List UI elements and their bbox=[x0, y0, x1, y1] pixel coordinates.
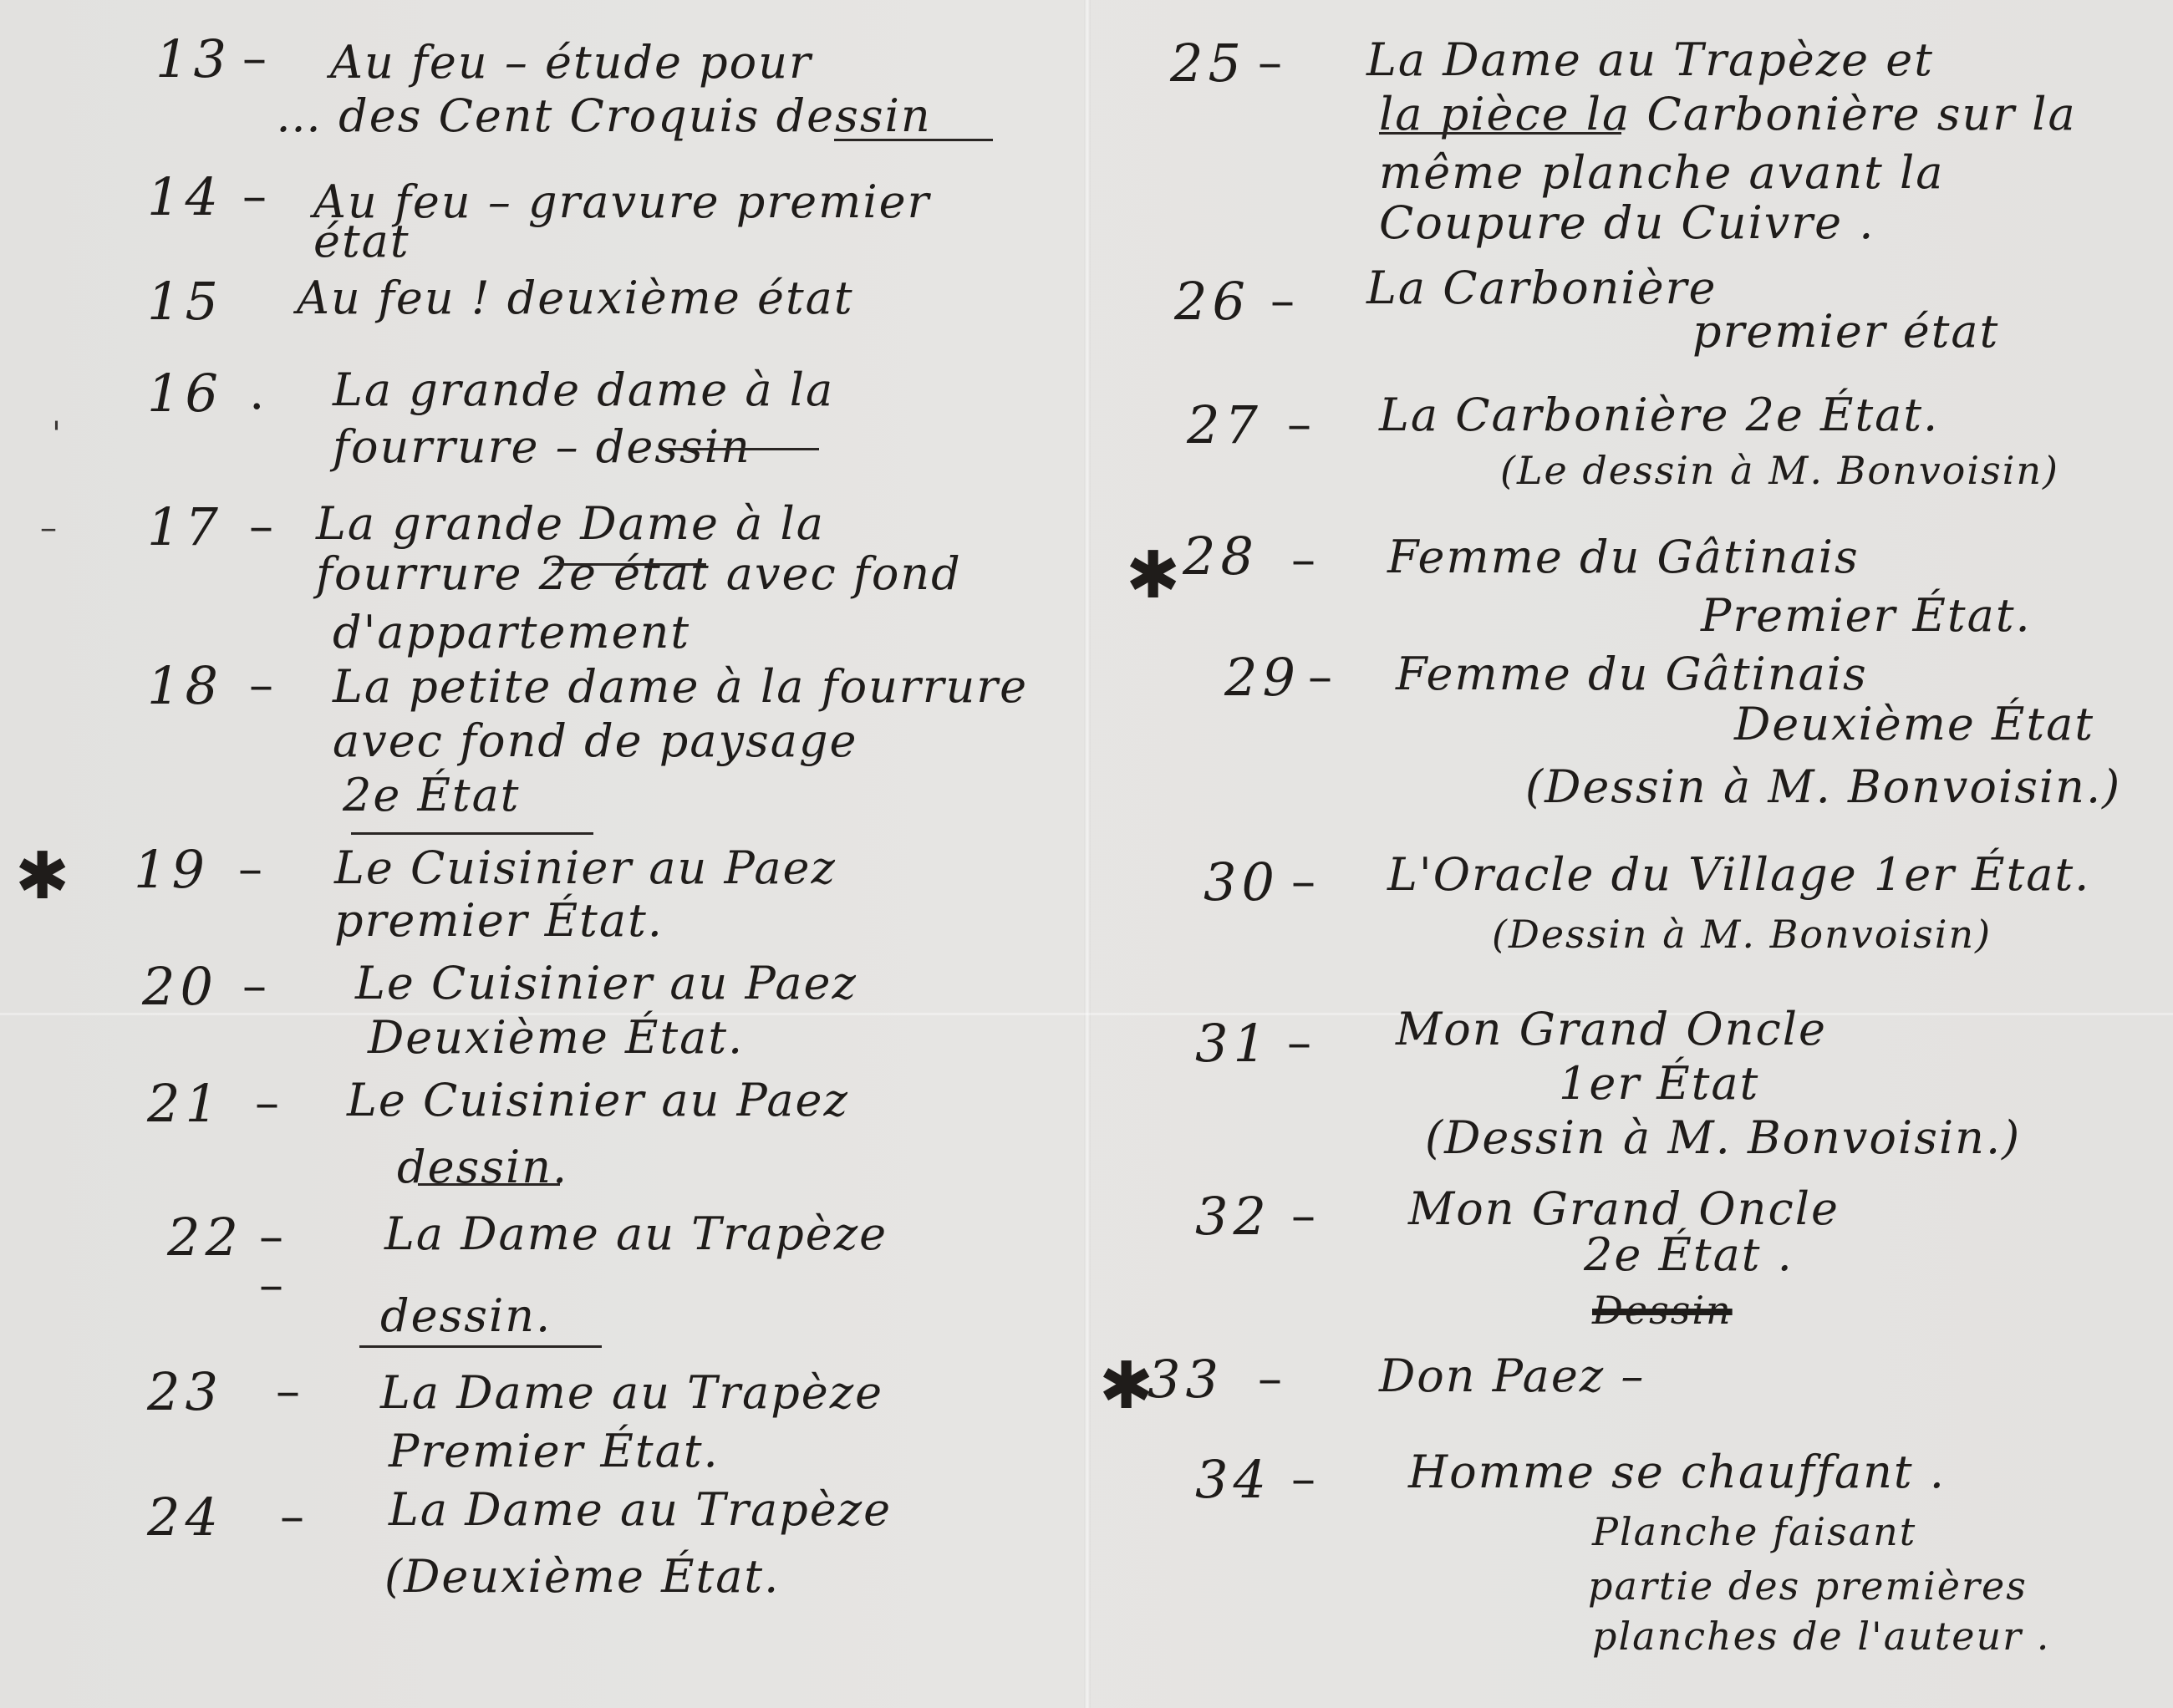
underline bbox=[834, 134, 993, 141]
entry-line: état bbox=[313, 219, 410, 264]
entry-line: La Dame au Trapèze bbox=[380, 1370, 883, 1416]
entry-number: 18 bbox=[147, 660, 223, 712]
entry-number: 24 bbox=[147, 1492, 223, 1543]
entry-dash: – bbox=[242, 961, 267, 1009]
entry-dash: – bbox=[242, 171, 267, 220]
entry-line: La Dame au Trapèze bbox=[384, 1212, 888, 1257]
entry-line: premier état bbox=[1692, 309, 1999, 354]
entry-line: planches de l'auteur . bbox=[1592, 1617, 2050, 1655]
entry-number: 30 bbox=[1204, 857, 1280, 908]
entry-line: Le Cuisinier au Paez bbox=[355, 961, 857, 1006]
entry-dash: – bbox=[242, 33, 267, 82]
entry-number: 22 bbox=[167, 1212, 243, 1263]
center-fold bbox=[1084, 0, 1091, 1708]
entry-line: Le Cuisinier au Paez bbox=[334, 846, 837, 891]
entry-dash: – bbox=[238, 844, 262, 892]
underline bbox=[359, 1340, 602, 1348]
entry-number: 21 bbox=[147, 1078, 223, 1130]
entry-dash: – bbox=[1270, 276, 1295, 324]
entry-line: Au feu – étude pour bbox=[330, 40, 812, 85]
underline bbox=[669, 443, 819, 450]
entry-line: partie des premières bbox=[1588, 1567, 2028, 1605]
entry-number: 13 bbox=[155, 33, 232, 85]
entry-line: même planche avant la bbox=[1379, 150, 1944, 196]
entry-number: 31 bbox=[1195, 1018, 1271, 1070]
entry-dash: – bbox=[1291, 1454, 1316, 1502]
entry-dash: – bbox=[1258, 1354, 1282, 1402]
entry-number: 16 bbox=[147, 368, 223, 419]
underline bbox=[552, 558, 706, 566]
entry-number: 28 bbox=[1183, 531, 1259, 582]
entry-line: Planche faisant bbox=[1592, 1512, 1916, 1551]
entry-line: dessin. bbox=[380, 1294, 552, 1339]
entry-line: Au feu ! deuxième état bbox=[297, 276, 854, 321]
entry-line: (Deuxième État. bbox=[384, 1554, 780, 1599]
entry-line: Deuxième État. bbox=[368, 1015, 744, 1060]
entry-dash: – bbox=[280, 1492, 304, 1540]
horizontal-fold bbox=[0, 1013, 2173, 1015]
entry-line: Deuxième État bbox=[1734, 702, 2094, 747]
asterisk-icon: ✱ bbox=[1099, 1354, 1153, 1419]
manuscript-page: 13 – Au feu – étude pour … des Cent Croq… bbox=[0, 0, 2173, 1708]
entry-line: 2e État bbox=[343, 773, 521, 818]
entry-number: 26 bbox=[1174, 276, 1250, 328]
entry-dash: – bbox=[276, 1366, 300, 1415]
asterisk-icon: ✱ bbox=[15, 844, 69, 909]
entry-line: … des Cent Croquis dessin bbox=[276, 94, 932, 139]
entry-dash: – bbox=[1258, 38, 1282, 86]
entry-number: 17 bbox=[147, 501, 223, 553]
entry-line: La Carbonière bbox=[1366, 266, 1717, 311]
entry-number: 34 bbox=[1195, 1454, 1271, 1506]
entry-dash: – bbox=[1291, 1191, 1316, 1239]
entry-number: 32 bbox=[1195, 1191, 1271, 1243]
entry-dash: – bbox=[1287, 1018, 1311, 1066]
entry-line: Le Cuisinier au Paez bbox=[347, 1078, 849, 1123]
entry-line: Premier État. bbox=[1701, 593, 2032, 638]
entry-line: Femme du Gâtinais bbox=[1396, 652, 1868, 697]
entry-dash: – bbox=[255, 1078, 279, 1126]
entry-line: Coupure du Cuivre . bbox=[1379, 201, 1875, 246]
entry-number: 25 bbox=[1170, 38, 1246, 89]
entry-line: La Carbonière 2e État. bbox=[1379, 393, 1939, 438]
entry-line: (Dessin à M. Bonvoisin.) bbox=[1525, 765, 2121, 810]
entry-line: La petite dame à la fourrure bbox=[333, 664, 1028, 709]
entry-dash: – bbox=[1291, 535, 1316, 583]
entry-line: Femme du Gâtinais bbox=[1387, 535, 1860, 580]
margin-mark: – bbox=[40, 511, 57, 545]
entry-line: d'appartement bbox=[333, 610, 690, 655]
asterisk-icon: ✱ bbox=[1126, 543, 1180, 608]
entry-line: La Dame au Trapèze et bbox=[1366, 38, 1934, 83]
entry-number: 23 bbox=[147, 1366, 223, 1418]
entry-number: 15 bbox=[147, 276, 223, 328]
entry-number: 19 bbox=[134, 844, 210, 896]
struck-word: Dessin bbox=[1592, 1291, 1733, 1329]
entry-line: La grande Dame à la bbox=[316, 501, 825, 546]
margin-mark: ' bbox=[52, 418, 61, 451]
entry-line: (Dessin à M. Bonvoisin.) bbox=[1425, 1116, 2021, 1161]
entry-line: Mon Grand Oncle bbox=[1396, 1007, 1827, 1052]
entry-line: Mon Grand Oncle bbox=[1408, 1187, 1840, 1232]
entry-line: (Le dessin à M. Bonvoisin) bbox=[1500, 451, 2059, 490]
entry-dash: – bbox=[1287, 399, 1311, 448]
entry-line: La Dame au Trapèze bbox=[389, 1487, 892, 1533]
entry-number: 27 bbox=[1187, 399, 1263, 451]
entry-dash: – – bbox=[259, 1212, 283, 1309]
entry-line: Homme se chauffant . bbox=[1408, 1450, 1946, 1495]
entry-number: 14 bbox=[147, 171, 223, 223]
entry-line: 1er État bbox=[1559, 1061, 1759, 1106]
entry-line: (Dessin à M. Bonvoisin) bbox=[1492, 915, 1992, 953]
entry-dash: – bbox=[249, 501, 273, 550]
entry-dash: – bbox=[249, 660, 273, 709]
entry-line: Don Paez – bbox=[1379, 1354, 1645, 1399]
entry-line: La grande dame à la bbox=[333, 368, 834, 413]
entry-dot: . bbox=[249, 368, 264, 416]
entry-number: 33 bbox=[1148, 1354, 1224, 1406]
underline bbox=[1379, 127, 1621, 135]
entry-line: premier État. bbox=[334, 898, 664, 943]
entry-line: L'Oracle du Village 1er État. bbox=[1387, 852, 2090, 897]
entry-number: 20 bbox=[142, 961, 218, 1013]
entry-line: Premier État. bbox=[389, 1429, 720, 1474]
entry-line: avec fond de paysage bbox=[333, 719, 857, 764]
underline bbox=[351, 827, 593, 835]
entry-number: 29 bbox=[1224, 652, 1300, 704]
entry-line: 2e État . bbox=[1584, 1233, 1794, 1278]
entry-dash: – bbox=[1291, 857, 1316, 905]
underline bbox=[418, 1178, 560, 1186]
entry-dash: – bbox=[1308, 652, 1332, 700]
